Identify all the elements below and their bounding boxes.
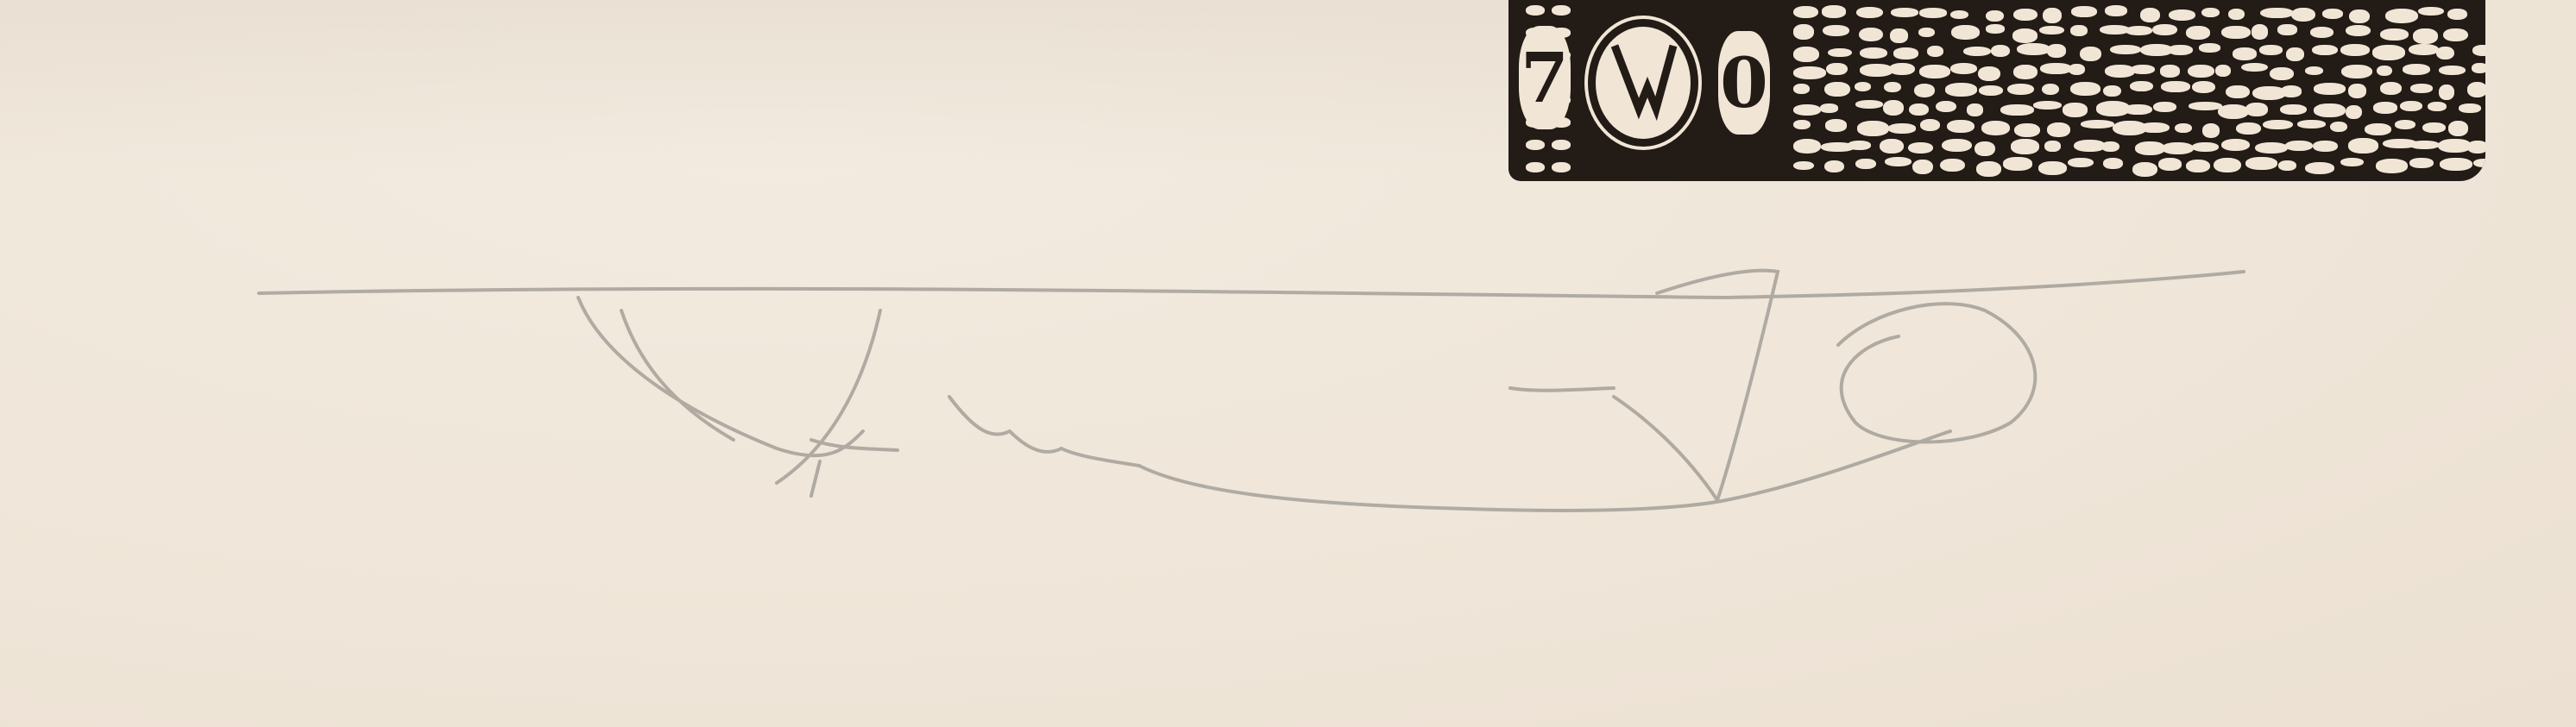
pencil-signature: [0, 0, 2576, 727]
